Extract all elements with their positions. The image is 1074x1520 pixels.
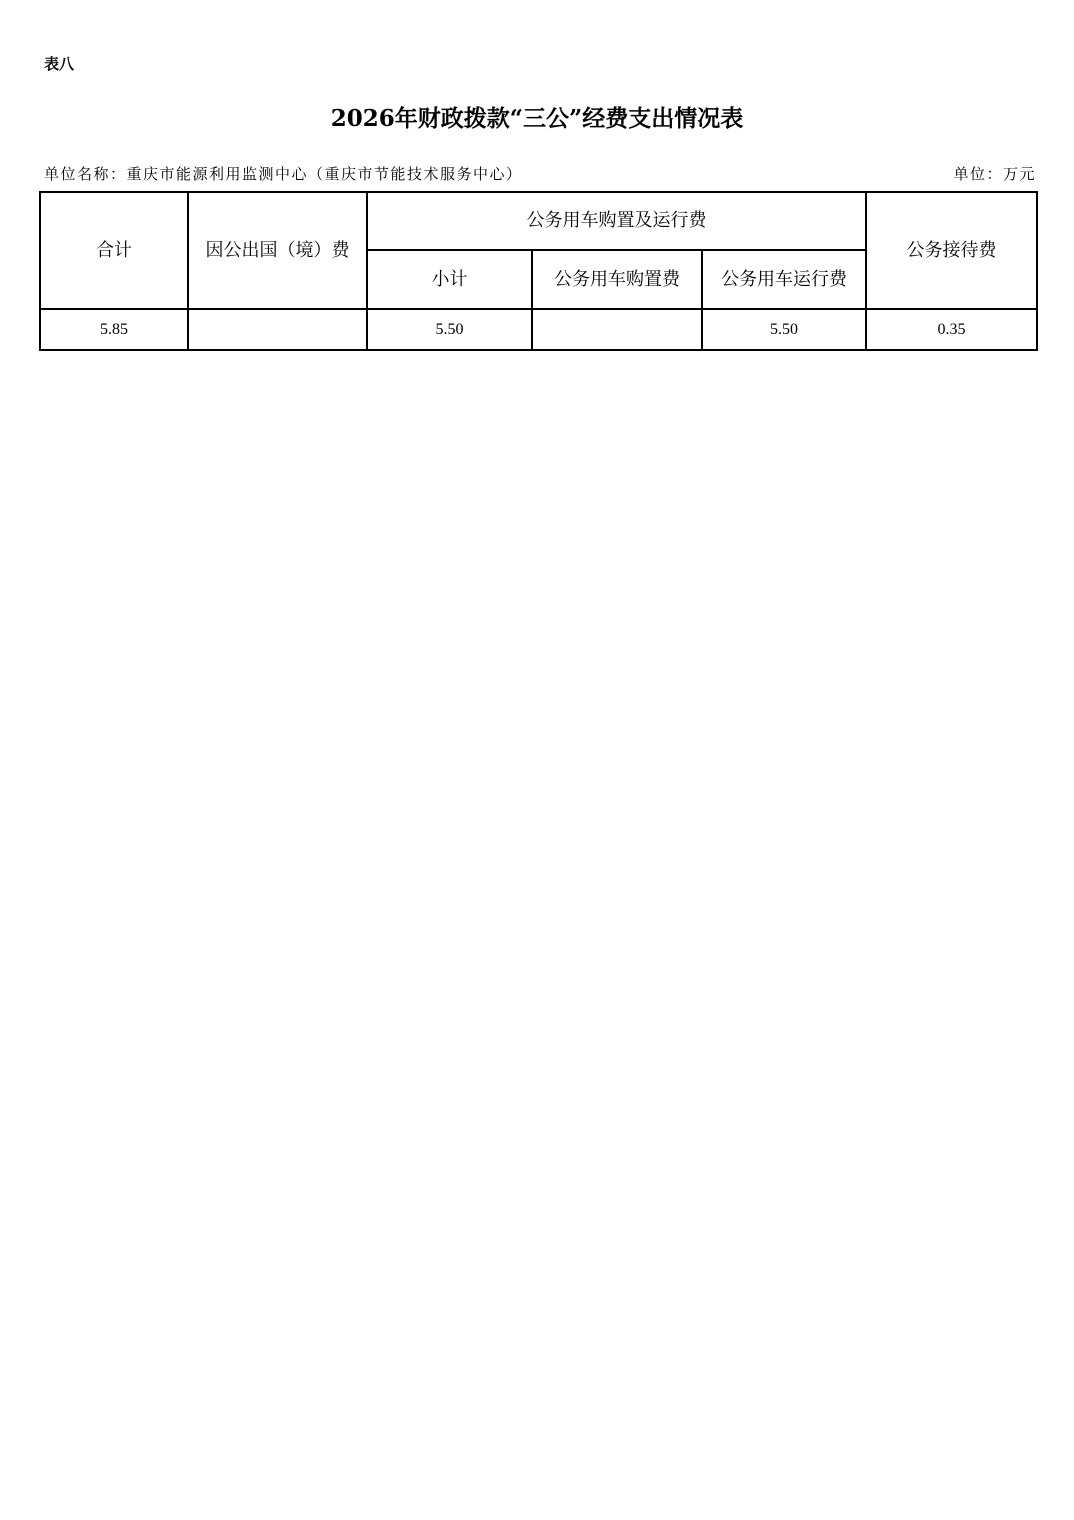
header-overseas: 因公出国（境）费 — [188, 192, 367, 309]
cell-reception: 0.35 — [866, 309, 1037, 350]
header-vehicle-operation: 公务用车运行费 — [702, 250, 866, 309]
unit-name-label: 单位名称：重庆市能源利用监测中心（重庆市节能技术服务中心） — [44, 163, 523, 184]
header-vehicle-subtotal: 小计 — [367, 250, 532, 309]
cell-vehicle-purchase — [532, 309, 702, 350]
cell-vehicle-subtotal: 5.50 — [367, 309, 532, 350]
cell-total: 5.85 — [40, 309, 188, 350]
table-row: 5.85 5.50 5.50 0.35 — [40, 309, 1037, 350]
table-number: 表八 — [44, 53, 74, 74]
header-row-1: 合计 因公出国（境）费 公务用车购置及运行费 公务接待费 — [40, 192, 1037, 250]
header-reception: 公务接待费 — [866, 192, 1037, 309]
page-title: 2026年财政拨款“三公”经费支出情况表 — [0, 100, 1074, 133]
header-total: 合计 — [40, 192, 188, 309]
cell-vehicle-operation: 5.50 — [702, 309, 866, 350]
header-overseas-label: 因公出国（境）费 — [189, 238, 366, 264]
currency-unit-label: 单位：万元 — [953, 163, 1036, 184]
cell-overseas — [188, 309, 367, 350]
header-vehicle-group: 公务用车购置及运行费 — [367, 192, 866, 250]
three-public-expenses-table: 合计 因公出国（境）费 公务用车购置及运行费 公务接待费 小计 公务用车购置费 … — [39, 191, 1038, 351]
header-vehicle-purchase: 公务用车购置费 — [532, 250, 702, 309]
